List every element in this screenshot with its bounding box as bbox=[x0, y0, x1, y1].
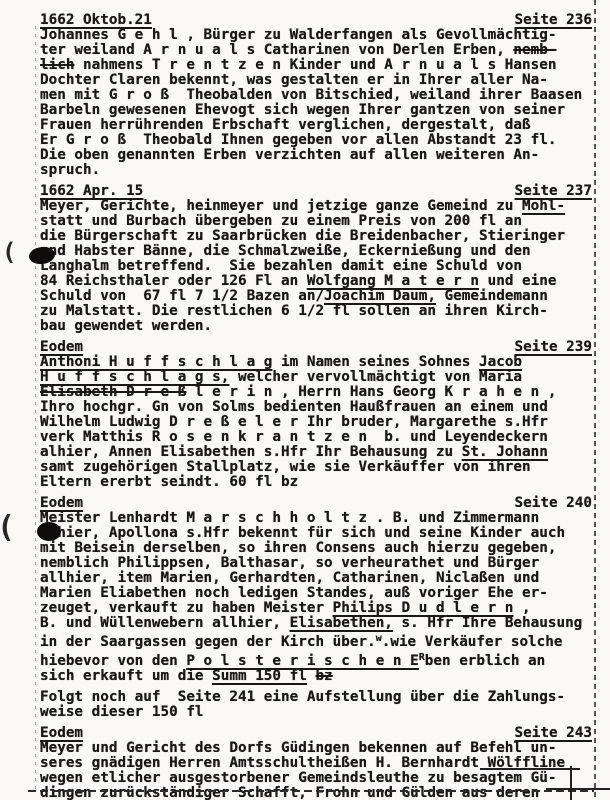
text-line: zeuget, verkauft zu haben Meister Philip… bbox=[40, 601, 592, 616]
text-segment: sich erkauft um die bbox=[40, 668, 212, 684]
text-segment: lich bbox=[40, 57, 74, 73]
text-line: Marien Eliabethen noch ledigen Standes, … bbox=[40, 586, 592, 601]
entry-date: Eodem bbox=[40, 340, 83, 355]
text-segment: Philips D u d l e r n bbox=[333, 600, 514, 616]
text-line: Ihro hochgr. Gn von Solms bedienten Hauß… bbox=[40, 400, 592, 415]
text-segment: dingen zurückständiger Schafft, Frohn un… bbox=[40, 785, 539, 800]
bottom-right-vertical-rule-line bbox=[570, 766, 572, 800]
right-margin-dashed-line bbox=[594, 0, 596, 800]
text-line: spruch. bbox=[40, 163, 592, 178]
text-segment: in der Saargassen gegen der Kirch über. bbox=[40, 634, 376, 650]
entry-page-number: Seite 243 bbox=[515, 726, 592, 741]
text-segment: weise dieser 150 fl bbox=[40, 704, 204, 720]
text-line: Langhalm betreffend. Sie bezahlen damit … bbox=[40, 259, 592, 274]
entry-seite-239: EodemSeite 239Anthoni H u f f s c h l a … bbox=[40, 340, 592, 490]
text-segment: s. Hfr Ihre Behausung bbox=[393, 615, 582, 631]
entry-heading: EodemSeite 239 bbox=[40, 340, 592, 355]
text-line: samt zugehörigen Stallplatz, wie sie Ver… bbox=[40, 460, 592, 475]
entry-date: Eodem bbox=[40, 726, 83, 741]
text-line: die Bürgerschaft zu Saarbrücken die Brei… bbox=[40, 229, 592, 244]
bottom-right-cross-tick-line bbox=[546, 788, 610, 790]
text-segment: H u f f s c h l a g s, bbox=[40, 369, 229, 385]
text-segment: Meister Lenhardt M a r s c h h o l t z .… bbox=[40, 510, 539, 526]
text-segment: welcher vervollmächtigt von Maria bbox=[229, 369, 522, 385]
entry-page-number: Seite 236 bbox=[515, 13, 592, 28]
text-segment: , bbox=[513, 600, 530, 616]
text-segment: Gemeindemann bbox=[436, 288, 548, 304]
text-segment: Johannes G e h l , Bürger zu Walderfange… bbox=[40, 27, 556, 43]
entry-heading: 1662 Apr. 15Seite 237 bbox=[40, 184, 592, 199]
text-segment: samt zugehörigen Stallplatz, wie sie Ver… bbox=[40, 459, 531, 475]
bottom-right-horizontal-rule-line bbox=[480, 768, 580, 770]
text-line: Elisabeth D r e ß l e r i n , Herrn Hans… bbox=[40, 385, 592, 400]
text-segment: Barbeln gewesenen Ehevogt sich wegen Ihr… bbox=[40, 102, 565, 118]
text-segment: Meyer und Gericht des Dorfs Güdingen bek… bbox=[40, 740, 556, 756]
text-line: zu Malstatt. Die restlichen 6 1/2 fl sol… bbox=[40, 304, 592, 319]
text-line: men mit G r o ß Theobalden von Bitschied… bbox=[40, 88, 592, 103]
document-page: 1662 Oktob.21Seite 236Johannes G e h l ,… bbox=[0, 0, 610, 800]
text-segment: Folgt noch auf Seite 241 eine Aufstellun… bbox=[40, 689, 565, 705]
text-segment: Mohl- bbox=[522, 198, 565, 214]
entry-page-number: Seite 240 bbox=[515, 496, 592, 511]
text-segment: Seite 239 bbox=[515, 339, 592, 355]
text-segment: Eodem bbox=[40, 725, 83, 741]
text-segment: Eltern ererbt seindt. 60 fl bz bbox=[40, 474, 298, 490]
text-segment: und Habster Bänne, die Schmalzweiße, Eck… bbox=[40, 243, 531, 259]
text-line: Dochter Claren bekennt, was gestalten er… bbox=[40, 73, 592, 88]
text-segment: hiebevor von den bbox=[40, 653, 186, 669]
text-segment: Eodem bbox=[40, 339, 83, 355]
entry-heading: EodemSeite 240 bbox=[40, 496, 592, 511]
text-segment: zu Malstatt. Die restlichen 6 1/2 fl sol… bbox=[40, 303, 548, 319]
text-segment: bz bbox=[315, 668, 332, 684]
text-segment: Seite 237 bbox=[515, 183, 592, 199]
text-segment: l e r i n , Herrn Hans Georg K r a h e n… bbox=[186, 384, 556, 400]
text-segment: ter weiland A r n u a l s Catharinen von… bbox=[40, 42, 513, 58]
entry-seite-243: EodemSeite 243Meyer und Gericht des Dorf… bbox=[40, 726, 592, 800]
text-line: Meyer und Gericht des Dorfs Güdingen bek… bbox=[40, 741, 592, 756]
text-segment: Ihro hochgr. Gn von Solms bedienten Hauß… bbox=[40, 399, 548, 415]
text-segment: die Bürgerschaft zu Saarbrücken die Brei… bbox=[40, 228, 565, 244]
text-line: 84 Reichsthaler oder 126 Fl an Wolfgang … bbox=[40, 274, 592, 289]
text-segment: Marien Eliabethen noch ledigen Standes, … bbox=[40, 585, 548, 601]
text-line: Schuld von 67 fl 7 1/2 Bazen an/Joachim … bbox=[40, 289, 592, 304]
text-segment: verk Matthis R o s e n k r a n t z e n b… bbox=[40, 429, 548, 445]
text-segment: Joachim Daum, bbox=[324, 288, 436, 304]
text-segment: im Namen seines Sohnes bbox=[272, 354, 479, 370]
text-line: ter weiland A r n u a l s Catharinen von… bbox=[40, 43, 592, 58]
text-line: Folgt noch auf Seite 241 eine Aufstellun… bbox=[40, 690, 592, 705]
hole-punch-dot bbox=[37, 522, 61, 541]
text-segment: spruch. bbox=[40, 162, 100, 178]
text-segment: Elisabeth D r e ß bbox=[40, 384, 186, 400]
text-segment: nemb- bbox=[513, 42, 556, 58]
text-line: Die oben genannten Erben verzichten auf … bbox=[40, 148, 592, 163]
text-line: Meyer, Gerichte, heinmeyer und jetzige g… bbox=[40, 199, 592, 214]
text-line: Johannes G e h l , Bürger zu Walderfange… bbox=[40, 28, 592, 43]
text-segment: Elisabethen, bbox=[290, 615, 393, 631]
entry-date: 1662 Apr. 15 bbox=[40, 184, 143, 199]
text-segment: allhier, item Marien, Gerhardten, Cathar… bbox=[40, 570, 539, 586]
text-segment: Die oben genannten Erben verzichten auf … bbox=[40, 147, 539, 163]
text-segment: Dochter Claren bekennt, was gestalten er… bbox=[40, 72, 548, 88]
text-segment: Seite 240 bbox=[515, 495, 592, 511]
text-segment: Langhalm betreffend. Sie bezahlen damit … bbox=[40, 258, 522, 274]
text-line: bau gewendet werden. bbox=[40, 319, 592, 334]
entry-seite-240: EodemSeite 240Meister Lenhardt M a r s c… bbox=[40, 496, 592, 684]
text-segment: Frauen herrührenden Erbschaft verglichen… bbox=[40, 117, 531, 133]
document-content: 1662 Oktob.21Seite 236Johannes G e h l ,… bbox=[40, 13, 592, 800]
entry-note: Folgt noch auf Seite 241 eine Aufstellun… bbox=[40, 690, 592, 720]
text-segment: Wolfgang M a t e r n bbox=[307, 273, 479, 289]
text-segment: Er G r o ß Theobald Ihnen gegeben vor al… bbox=[40, 132, 556, 148]
text-segment: ben erblich an bbox=[425, 653, 546, 669]
text-segment: zeuget, verkauft zu haben Meister bbox=[40, 600, 333, 616]
entry-heading: 1662 Oktob.21Seite 236 bbox=[40, 13, 592, 28]
text-line: und Habster Bänne, die Schmalzweiße, Eck… bbox=[40, 244, 592, 259]
text-segment: alhier, Apollona s.Hfr bekennt für sich … bbox=[40, 525, 565, 541]
text-segment: 84 Reichsthaler oder 126 Fl an bbox=[40, 273, 307, 289]
text-segment: Anthoni H u f f s c h l a g bbox=[40, 354, 272, 370]
text-line: Wilhelm Ludwig D r e ß e l e r Ihr brude… bbox=[40, 415, 592, 430]
text-line: Barbeln gewesenen Ehevogt sich wegen Ihr… bbox=[40, 103, 592, 118]
text-line: allhier, item Marien, Gerhardten, Cathar… bbox=[40, 571, 592, 586]
text-line: B. und Wüllenwebern allhier, Elisabethen… bbox=[40, 616, 592, 631]
text-segment: Wilhelm Ludwig D r e ß e l e r Ihr brude… bbox=[40, 414, 548, 430]
text-segment: mit Beisein derselben, so ihren Consens … bbox=[40, 540, 556, 556]
text-line: Meister Lenhardt M a r s c h h o l t z .… bbox=[40, 511, 592, 526]
text-segment: Eodem bbox=[40, 495, 83, 511]
text-segment: Jacob bbox=[479, 354, 522, 370]
text-line: weise dieser 150 fl bbox=[40, 705, 592, 720]
text-segment: wegen etlicher ausgestorbener Gemeindsle… bbox=[40, 770, 556, 786]
text-line: Frauen herrührenden Erbschaft verglichen… bbox=[40, 118, 592, 133]
paren-mark: ( bbox=[0, 510, 15, 545]
text-line: Er G r o ß Theobald Ihnen gegeben vor al… bbox=[40, 133, 592, 148]
text-segment: alhier, Annen Elisabethen s.Hfr Ihr Beha… bbox=[40, 444, 462, 460]
entry-page-number: Seite 237 bbox=[515, 184, 592, 199]
text-segment: Meyer, Gerichte, heinmeyer und jetzige g… bbox=[40, 198, 522, 214]
text-segment: bau gewendet werden. bbox=[40, 318, 212, 334]
text-line: verk Matthis R o s e n k r a n t z e n b… bbox=[40, 430, 592, 445]
text-segment: 1662 Apr. 15 bbox=[40, 183, 143, 199]
text-segment: men mit G r o ß Theobalden von Bitschied… bbox=[40, 87, 582, 103]
text-line: lich nahmens T r e n t z e n Kinder und … bbox=[40, 58, 592, 73]
text-line: alhier, Annen Elisabethen s.Hfr Ihr Beha… bbox=[40, 445, 592, 460]
entry-page-number: Seite 239 bbox=[515, 340, 592, 355]
entry-heading: EodemSeite 243 bbox=[40, 726, 592, 741]
text-line: mit Beisein derselben, so ihren Consens … bbox=[40, 541, 592, 556]
entry-seite-236: 1662 Oktob.21Seite 236Johannes G e h l ,… bbox=[40, 13, 592, 178]
text-segment: B. und Wüllenwebern allhier, bbox=[40, 615, 290, 631]
text-line: Eltern ererbt seindt. 60 fl bz bbox=[40, 475, 592, 490]
text-segment: nahmens T r e n t z e n Kinder und A r n… bbox=[74, 57, 556, 73]
text-segment: .wie Verkäufer solche bbox=[382, 634, 563, 650]
text-line: H u f f s c h l a g s, welcher vervollmä… bbox=[40, 370, 592, 385]
text-line: wegen etlicher ausgestorbener Gemeindsle… bbox=[40, 771, 592, 786]
text-line: Anthoni H u f f s c h l a g im Namen sei… bbox=[40, 355, 592, 370]
text-segment: Summ 150 fl bbox=[212, 668, 307, 684]
text-line: in der Saargassen gegen der Kirch über.w… bbox=[40, 631, 592, 650]
text-segment: 1662 Oktob.21 bbox=[40, 12, 152, 28]
text-line: dingen zurückständiger Schafft, Frohn un… bbox=[40, 786, 592, 800]
text-line: nemblich Philippsen, Balthasar, so verhe… bbox=[40, 556, 592, 571]
text-segment: Seite 236 bbox=[515, 12, 592, 28]
text-segment: Schuld von 67 fl 7 1/2 Bazen an/ bbox=[40, 288, 324, 304]
text-segment: statt und Burbach übergeben zu einem Pre… bbox=[40, 213, 522, 229]
text-segment: und eine bbox=[479, 273, 556, 289]
paren-mark: ( bbox=[2, 238, 16, 266]
text-segment: P o l s t e r i s c h e n E bbox=[186, 653, 418, 669]
text-segment: Seite 243 bbox=[515, 725, 592, 741]
text-line: alhier, Apollona s.Hfr bekennt für sich … bbox=[40, 526, 592, 541]
text-line: statt und Burbach übergeben zu einem Pre… bbox=[40, 214, 592, 229]
text-line: hiebevor von den P o l s t e r i s c h e… bbox=[40, 650, 592, 669]
left-margin-dashed-line bbox=[35, 26, 36, 792]
text-segment: St. Johann bbox=[462, 444, 548, 460]
entry-date: 1662 Oktob.21 bbox=[40, 13, 152, 28]
entry-date: Eodem bbox=[40, 496, 83, 511]
text-line: sich erkauft um die Summ 150 fl bz bbox=[40, 669, 592, 684]
text-segment: nemblich Philippsen, Balthasar, so verhe… bbox=[40, 555, 539, 571]
entry-seite-237: 1662 Apr. 15Seite 237Meyer, Gerichte, he… bbox=[40, 184, 592, 334]
bottom-dashed-line bbox=[28, 790, 594, 792]
